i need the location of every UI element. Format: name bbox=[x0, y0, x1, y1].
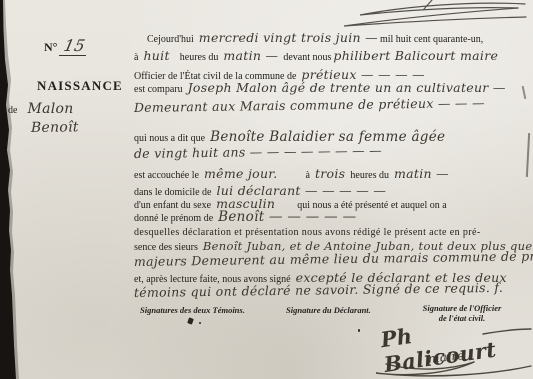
handwritten-text: philibert Balicourt maire bbox=[333, 48, 498, 63]
handwritten-text: mercredi vingt trois juin — bbox=[199, 30, 378, 45]
de-label: de bbox=[8, 105, 17, 116]
form-line-12: desquelles déclaration et présentation n… bbox=[134, 227, 532, 239]
printed-text: mil huit cent quarante-un, bbox=[380, 34, 483, 45]
ink-speck bbox=[199, 322, 201, 324]
handwritten-text: Joseph Malon âgé de trente un an cultiva… bbox=[188, 80, 506, 95]
caption-declarant: Signature du Déclarant. bbox=[286, 306, 371, 316]
handwritten-text: trois bbox=[315, 166, 345, 181]
form-line-5: Demeurant aux Marais commune de prétieux… bbox=[134, 96, 532, 116]
printed-text: est comparu bbox=[134, 84, 183, 95]
record-number-value: 15 bbox=[59, 36, 90, 56]
printed-text: donné le prénom de bbox=[134, 213, 213, 224]
subject-name-line1: de Malon bbox=[8, 100, 74, 118]
handwritten-text: matin — bbox=[223, 48, 278, 63]
caption-witnesses: Signatures des deux Témoins. bbox=[140, 306, 245, 316]
form-line-9: dans le domicile delui déclarant — — — —… bbox=[134, 185, 532, 199]
printed-text: à bbox=[134, 52, 138, 63]
printed-text: devant nous bbox=[283, 52, 331, 63]
ink-speck bbox=[187, 317, 194, 324]
printed-text: dans le domicile de bbox=[134, 187, 211, 198]
printed-text: desquelles déclaration et présentation n… bbox=[134, 227, 481, 238]
subject-firstname: Benoît bbox=[31, 119, 79, 136]
handwritten-text: même jour. bbox=[204, 166, 278, 181]
handwritten-text: de vingt huit ans — — — — — — — — bbox=[134, 143, 382, 161]
birth-record-page: N° 15 NAISSANCE de Malon Benoît Cejourd'… bbox=[0, 0, 533, 379]
printed-text: à bbox=[305, 170, 309, 181]
form-line-8: est accouchée lemême jour.àtroisheures d… bbox=[134, 168, 532, 182]
form-line-2: àhuitheures dumatin —devant nousphiliber… bbox=[134, 50, 532, 64]
printed-text: qui nous a dit que bbox=[134, 133, 205, 144]
form-line-7: de vingt huit ans — — — — — — — — bbox=[134, 142, 532, 162]
handwritten-text: Benoît — — — — — bbox=[218, 209, 356, 225]
printed-text: sence des sieurs bbox=[134, 242, 198, 253]
handwritten-text: matin — bbox=[394, 166, 449, 181]
form-line-4: est comparuJoseph Malon âgé de trente un… bbox=[134, 82, 532, 96]
record-number-label: N° bbox=[44, 40, 57, 54]
act-type-label: NAISSANCE bbox=[37, 78, 123, 94]
printed-text: Cejourd'hui bbox=[147, 34, 194, 45]
form-line-1: Cejourd'huimercredi vingt trois juin —mi… bbox=[134, 32, 533, 46]
paraph-flourish bbox=[332, 0, 532, 30]
record-number: N° 15 bbox=[44, 36, 88, 56]
printed-text: heures du bbox=[180, 52, 219, 63]
form-line-11: donné le prénom deBenoît — — — — — bbox=[134, 211, 532, 225]
form-line-14: majeurs Demeurent au même lieu du marais… bbox=[134, 250, 532, 270]
ink-speck bbox=[358, 329, 360, 332]
signature-flourish bbox=[350, 320, 533, 379]
subject-surname: Malon bbox=[27, 101, 73, 117]
printed-text: est accouchée le bbox=[134, 170, 199, 181]
printed-text: d'un enfant du sexe bbox=[134, 200, 211, 211]
printed-text: heures du bbox=[350, 170, 389, 181]
handwritten-text: Demeurant aux Marais commune de prétieux… bbox=[134, 95, 485, 115]
form-line-16: témoins qui ont déclaré ne savoir. Signé… bbox=[134, 281, 532, 301]
binding-edge bbox=[0, 0, 22, 379]
handwritten-text: huit bbox=[143, 48, 169, 63]
